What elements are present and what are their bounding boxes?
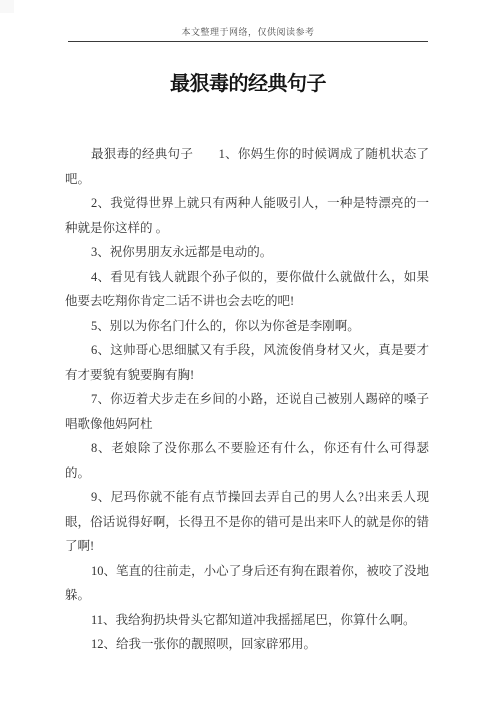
paragraph-6: 6、这帅哥心思细腻又有手段，风流俊俏身材又火，真是要才有才要貌有貌要胸有胸! (65, 338, 429, 387)
scan-artifact (0, 0, 14, 13)
paragraph-11: 11、我给狗扔块骨头它都知道冲我摇摇尾巴，你算什么啊。 (65, 608, 429, 633)
paragraph-7: 7、你迈着犬步走在乡间的小路，还说自己被别人踢碎的嗓子唱歌像他妈阿杜 (65, 387, 429, 436)
document-body: 最狠毒的经典句子 1、你妈生你的时候调成了随机状态了吧。 2、我觉得世界上就只有… (65, 142, 429, 657)
paragraph-5: 5、别以为你名门什么的，你以为你爸是李刚啊。 (65, 314, 429, 339)
page-title: 最狠毒的经典句子 (0, 73, 496, 96)
paragraph-3: 3、祝你男朋友永远都是电动的。 (65, 240, 429, 265)
paragraph-12: 12、给我一张你的靓照呗，回家辟邪用。 (65, 632, 429, 657)
paragraph-4: 4、看见有钱人就跟个孙子似的，要你做什么就做什么，如果他要去吃翔你肯定二话不讲也… (65, 265, 429, 314)
header-divider (68, 41, 428, 42)
paragraph-1: 最狠毒的经典句子 1、你妈生你的时候调成了随机状态了吧。 (65, 142, 429, 191)
document-page: 本文整理于网络，仅供阅读参考 最狠毒的经典句子 最狠毒的经典句子 1、你妈生你的… (0, 0, 496, 702)
paragraph-8: 8、老娘除了没你那么不要脸还有什么，你还有什么可得瑟的。 (65, 436, 429, 485)
paragraph-10: 10、笔直的往前走，小心了身后还有狗在跟着你，被咬了没地躲。 (65, 559, 429, 608)
header-note: 本文整理于网络，仅供阅读参考 (0, 26, 496, 38)
paragraph-2: 2、我觉得世界上就只有两种人能吸引人，一种是特漂亮的一种就是你这样的 。 (65, 191, 429, 240)
paragraph-9: 9、尼玛你就不能有点节操回去弄自己的男人么?出来丢人现眼，俗话说得好啊，长得丑不… (65, 485, 429, 559)
